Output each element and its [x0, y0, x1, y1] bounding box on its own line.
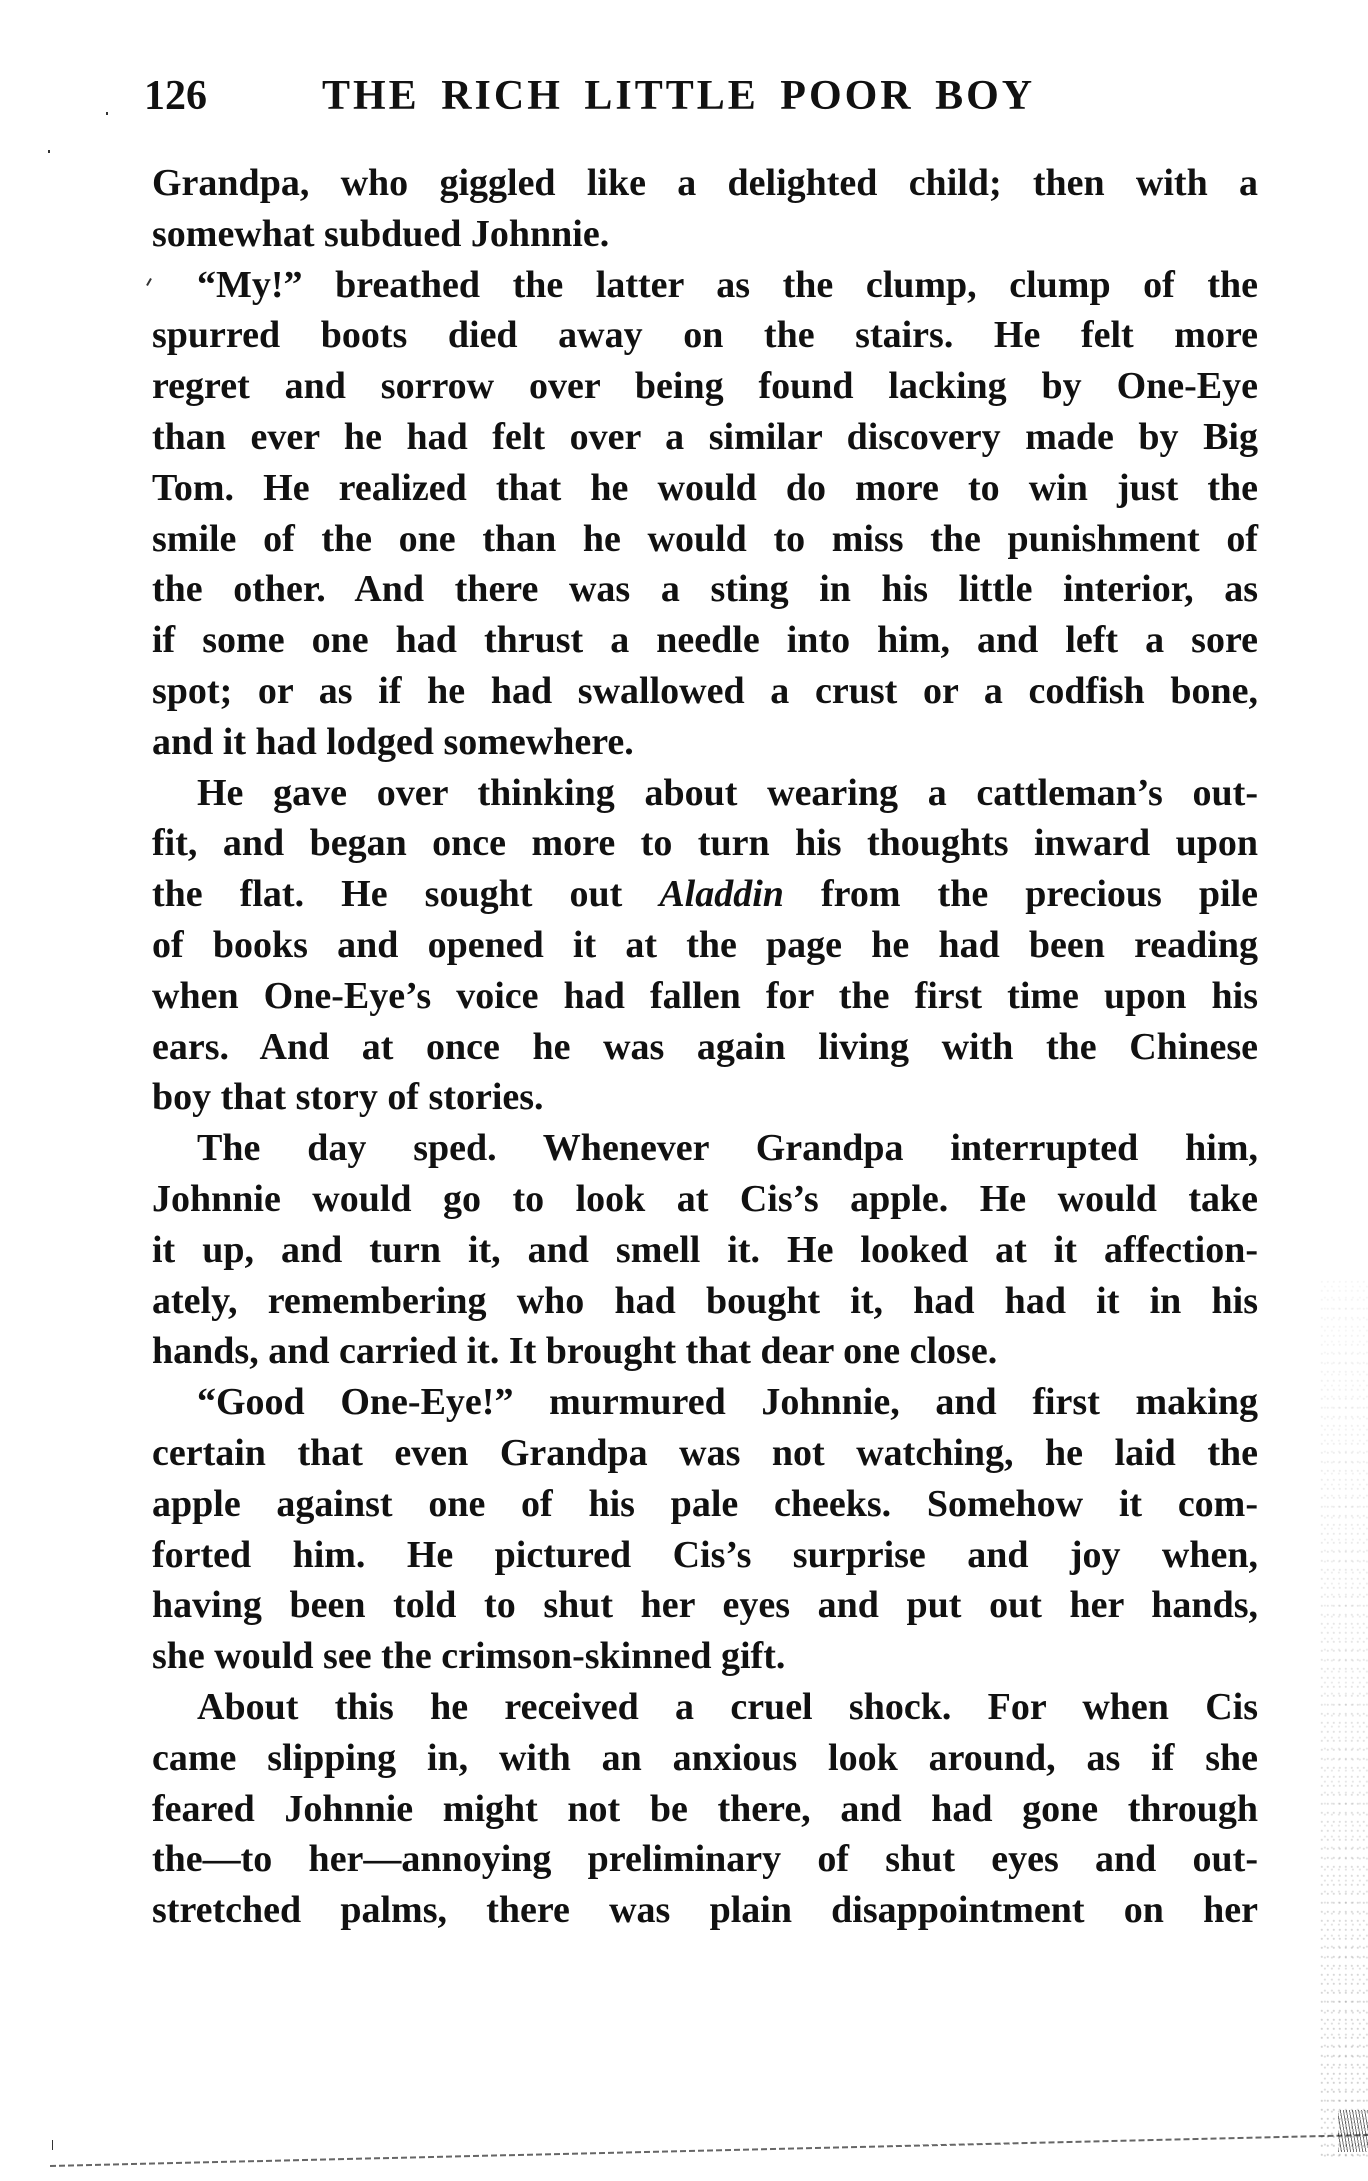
scan-speck — [146, 278, 152, 286]
page-bottom-edge — [50, 2134, 1368, 2167]
text-line: of books and opened it at the page he ha… — [152, 920, 1258, 971]
text-line: feared Johnnie might not be there, and h… — [152, 1784, 1258, 1835]
page-number: 126 — [144, 72, 207, 120]
text-line: certain that even Grandpa was not watchi… — [152, 1428, 1258, 1479]
text-line: spot; or as if he had swallowed a crust … — [152, 666, 1258, 717]
paragraph-start-line: “Good One-Eye!” murmured Johnnie, and fi… — [152, 1377, 1258, 1428]
text-line: apple against one of his pale cheeks. So… — [152, 1479, 1258, 1530]
text-line: ately, remembering who had bought it, ha… — [152, 1276, 1258, 1327]
text-line: smile of the one than he would to miss t… — [152, 514, 1258, 565]
scan-speck — [52, 2140, 53, 2150]
text-line: the other. And there was a sting in his … — [152, 564, 1258, 615]
text-line: regret and sorrow over being found lacki… — [152, 361, 1258, 412]
text-line: than ever he had felt over a similar dis… — [152, 412, 1258, 463]
text-line: and it had lodged somewhere. — [152, 717, 1258, 768]
text-line: if some one had thrust a needle into him… — [152, 615, 1258, 666]
scan-speck — [48, 150, 50, 153]
paragraph-start-line: The day sped. Whenever Grandpa interrupt… — [152, 1123, 1258, 1174]
text-line: when One-Eye’s voice had fallen for the … — [152, 971, 1258, 1022]
scan-speck — [106, 112, 108, 115]
text-line: spurred boots died away on the stairs. H… — [152, 310, 1258, 361]
text-line: Johnnie would go to look at Cis’s apple.… — [152, 1174, 1258, 1225]
text-line: somewhat subdued Johnnie. — [152, 209, 1258, 260]
text-line: having been told to shut her eyes and pu… — [152, 1580, 1258, 1631]
body-text: Grandpa, who giggled like a delighted ch… — [152, 158, 1258, 1936]
text-line: Tom. He realized that he would do more t… — [152, 463, 1258, 514]
text-line: ears. And at once he was again living wi… — [152, 1022, 1258, 1073]
paragraph-start-line: About this he received a cruel shock. Fo… — [152, 1682, 1258, 1733]
page-corner-shadow — [1338, 2110, 1368, 2152]
text-line: the flat. He sought out Aladdin from the… — [152, 869, 1258, 920]
text-line: it up, and turn it, and smell it. He loo… — [152, 1225, 1258, 1276]
text-line: fit, and began once more to turn his tho… — [152, 818, 1258, 869]
text-line: boy that story of stories. — [152, 1072, 1258, 1123]
text-line: forted him. He pictured Cis’s surprise a… — [152, 1530, 1258, 1581]
text-line: came slipping in, with an anxious look a… — [152, 1733, 1258, 1784]
paragraph-start-line: “My!” breathed the latter as the clump, … — [152, 260, 1258, 311]
text-segment: the flat. He sought out — [152, 873, 659, 915]
text-line: stretched palms, there was plain disappo… — [152, 1885, 1258, 1936]
text-line: hands, and carried it. It brought that d… — [152, 1326, 1258, 1377]
running-head: 126 THE RICH LITTLE POOR BOY — [144, 72, 1084, 120]
text-line: she would see the crimson-skinned gift. — [152, 1631, 1258, 1682]
running-title: THE RICH LITTLE POOR BOY — [322, 72, 1035, 120]
paragraph-start-line: He gave over thinking about wearing a ca… — [152, 768, 1258, 819]
page-gutter-shadow — [1320, 1280, 1368, 2160]
book-page: 126 THE RICH LITTLE POOR BOY Grandpa, wh… — [0, 0, 1368, 2181]
book-title-italic: Aladdin — [659, 873, 784, 915]
text-line: Grandpa, who giggled like a delighted ch… — [152, 158, 1258, 209]
text-segment: from the precious pile — [784, 873, 1258, 915]
text-line: the—to her—annoying preliminary of shut … — [152, 1834, 1258, 1885]
